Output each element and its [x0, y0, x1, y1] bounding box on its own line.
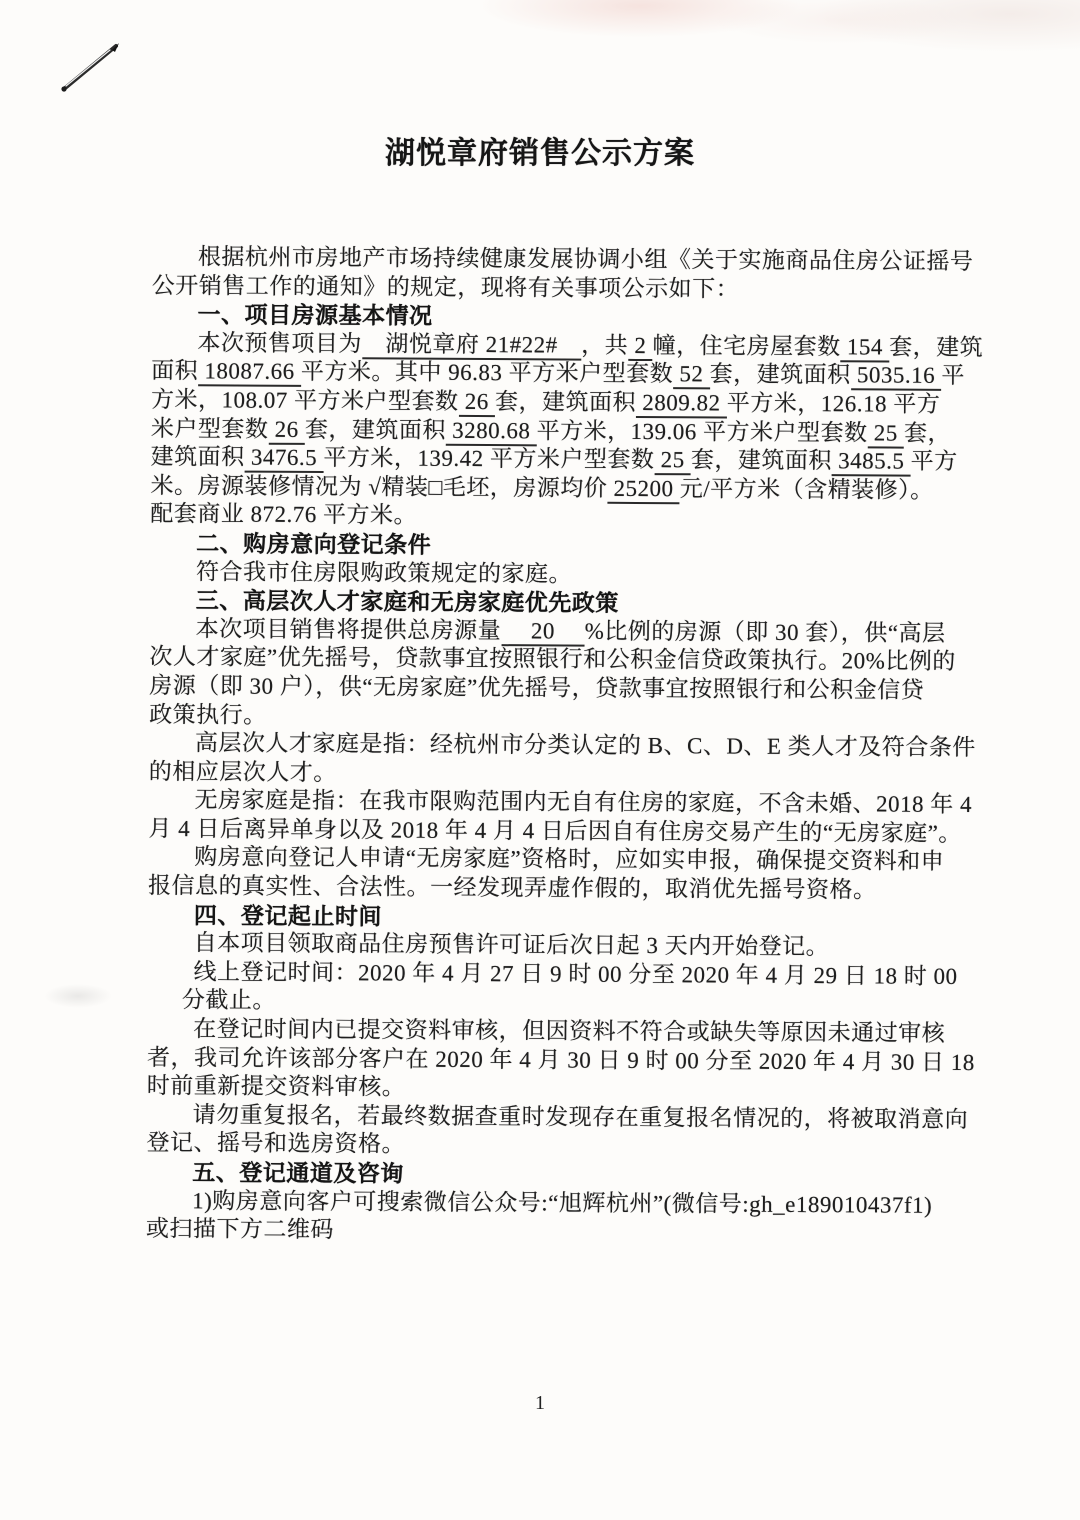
- underlined-value: 25: [654, 447, 691, 475]
- text-run: %比例的房源（即 30 套），供“高层: [585, 618, 946, 645]
- text-run: 1)购房意向客户可搜索微信公众号:“旭辉杭州”(微信号:gh_e18901043…: [192, 1188, 932, 1218]
- pen-stroke-icon: [52, 36, 130, 102]
- text-run: 幢，住宅房屋套数: [653, 333, 841, 359]
- text-run: 套，: [904, 420, 951, 445]
- section-heading: 二、购房意向登记条件: [150, 529, 1000, 563]
- text-run: 本次项目销售将提供总房源量: [196, 616, 502, 643]
- text-run: 或扫描下方二维码: [146, 1216, 334, 1242]
- underlined-value: 3485.5: [832, 448, 911, 476]
- text-run: 三、高层次人才家庭和无房家庭优先政策: [196, 587, 619, 616]
- underlined-value: 3280.68: [446, 417, 537, 446]
- section-heading: 五、登记通道及咨询: [146, 1158, 996, 1192]
- doc-line: 或扫描下方二维码: [146, 1215, 996, 1249]
- doc-line: 房源（即 30 户），供“无房家庭”优先摇号，贷款事宜按照银行和公积金信贷: [149, 672, 999, 706]
- text-run: 配套商业 872.76 平方米。: [150, 501, 417, 528]
- text-run: 平方米，139.06 平方米户型套数: [537, 418, 868, 445]
- text-run: 购房意向登记人申请“无房家庭”资格时，应如实申报，确保提交资料和申: [194, 845, 944, 875]
- page-number: 1: [0, 1392, 1080, 1415]
- text-run: 套，建筑面积: [691, 447, 832, 473]
- text-run: 套，建筑面积: [710, 362, 851, 388]
- text-run: 报信息的真实性、合法性。一经发现弄虚作假的，取消优先摇号资格。: [148, 873, 877, 902]
- scan-page: 湖悦章府销售公示方案 根据杭州市房地产市场持续健康发展协调小组《关于实施商品住房…: [0, 0, 1080, 1520]
- text-run: 平方米，126.18 平方: [727, 390, 941, 416]
- document-body: 根据杭州市房地产市场持续健康发展协调小组《关于实施商品住房公证摇号公开销售工作的…: [146, 243, 1002, 1249]
- text-run: 面积: [151, 358, 198, 383]
- underlined-value: 5035.16: [851, 363, 942, 392]
- text-run: 登记、摇号和选房资格。: [146, 1130, 405, 1157]
- text-run: 平: [941, 363, 965, 388]
- text-run: 公开销售工作的通知》的规定，现将有关事项公示如下：: [152, 273, 740, 302]
- text-run: 在登记时间内已提交资料审核，但因资料不符合或缺失等原因未通过审核: [193, 1016, 945, 1046]
- text-run: 高层次人才家庭是指：经杭州市分类认定的 B、C、D、E 类人才及符合条件: [195, 730, 976, 760]
- text-run: 线上登记时间：2020 年 4 月 27 日 9 时 00 分至 2020 年 …: [193, 959, 957, 989]
- underlined-value: 3476.5: [245, 445, 324, 473]
- text-run: ，共: [581, 332, 628, 357]
- text-run: 米。房源装修情况为 √精装□毛坯，房源均价: [150, 473, 607, 501]
- underlined-value: 25200: [607, 476, 680, 504]
- text-run: 元/平方米（含精装修）。: [680, 476, 934, 503]
- underlined-value: 18087.66: [198, 359, 301, 388]
- text-run: 请勿重复报名，若最终数据查重时发现存在重复报名情况的，将被取消意向: [193, 1102, 969, 1132]
- underlined-value: 26: [268, 416, 305, 444]
- text-run: 平方: [911, 449, 958, 474]
- text-run: 五、登记通道及咨询: [192, 1159, 404, 1186]
- underlined-value: 2: [628, 333, 653, 361]
- text-run: 平方米，139.42 平方米户型套数: [323, 445, 654, 472]
- text-run: 房源（即 30 户），供“无房家庭”优先摇号，贷款事宜按照银行和公积金信贷: [149, 673, 924, 703]
- text-run: 者，我司允许该部分客户在 2020 年 4 月 30 日 9 时 00 分至 2…: [147, 1045, 975, 1075]
- text-run: 时前重新提交资料审核。: [147, 1073, 406, 1100]
- text-run: 四、登记起止时间: [194, 902, 382, 929]
- doc-line: 根据杭州市房地产市场持续健康发展协调小组《关于实施商品住房公证摇号: [152, 243, 1002, 277]
- text-run: 政策执行。: [149, 701, 267, 727]
- text-run: 无房家庭是指：在我市限购范围内无自有住房的家庭，不含未婚、2018 年 4: [195, 788, 973, 818]
- text-run: 根据杭州市房地产市场持续健康发展协调小组《关于实施商品住房公证摇号: [198, 244, 974, 274]
- text-run: 平方米。其中 96.83 平方米户型套数: [301, 359, 673, 386]
- text-run: 套，建筑面积: [495, 389, 636, 415]
- text-run: 自本项目领取商品住房预售许可证后次日起 3 天内开始登记。: [194, 931, 830, 960]
- text-run: 建筑面积: [151, 444, 245, 470]
- text-run: 的相应层次人才。: [149, 759, 337, 785]
- text-run: 本次预售项目为: [197, 330, 362, 356]
- text-run: 二、购房意向登记条件: [196, 530, 431, 557]
- text-run: 套，建筑面积: [305, 417, 446, 443]
- text-run: 分截止。: [182, 988, 276, 1014]
- text-run: 一、项目房源基本情况: [197, 301, 432, 328]
- document-title: 湖悦章府销售公示方案: [0, 128, 1080, 172]
- underlined-value: 26: [458, 389, 495, 417]
- text-run: 套，建筑: [889, 334, 983, 360]
- text-run: 符合我市住房限购政策规定的家庭。: [196, 559, 572, 586]
- text-run: 米户型套数: [151, 416, 269, 442]
- underlined-value: 52: [673, 362, 710, 390]
- underlined-value: 湖悦章府 21#22#: [362, 331, 581, 360]
- text-run: 方米，108.07 平方米户型套数: [151, 387, 459, 414]
- doc-line: 在登记时间内已提交资料审核，但因资料不符合或缺失等原因未通过审核: [147, 1015, 997, 1049]
- underlined-value: 2809.82: [636, 390, 727, 419]
- text-run: 月 4 日后离异单身以及 2018 年 4 月 4 日后因自有住房交易产生的“无…: [148, 816, 962, 846]
- underlined-value: 20: [501, 618, 585, 647]
- text-run: 次人才家庭”优先摇号，贷款事宜按照银行和公积金信贷政策执行。20%比例的: [149, 644, 956, 674]
- doc-line: 方米，108.07 平方米户型套数 26 套，建筑面积 2809.82 平方米，…: [151, 386, 1001, 420]
- underlined-value: 154: [841, 334, 890, 362]
- underlined-value: 25: [868, 420, 905, 448]
